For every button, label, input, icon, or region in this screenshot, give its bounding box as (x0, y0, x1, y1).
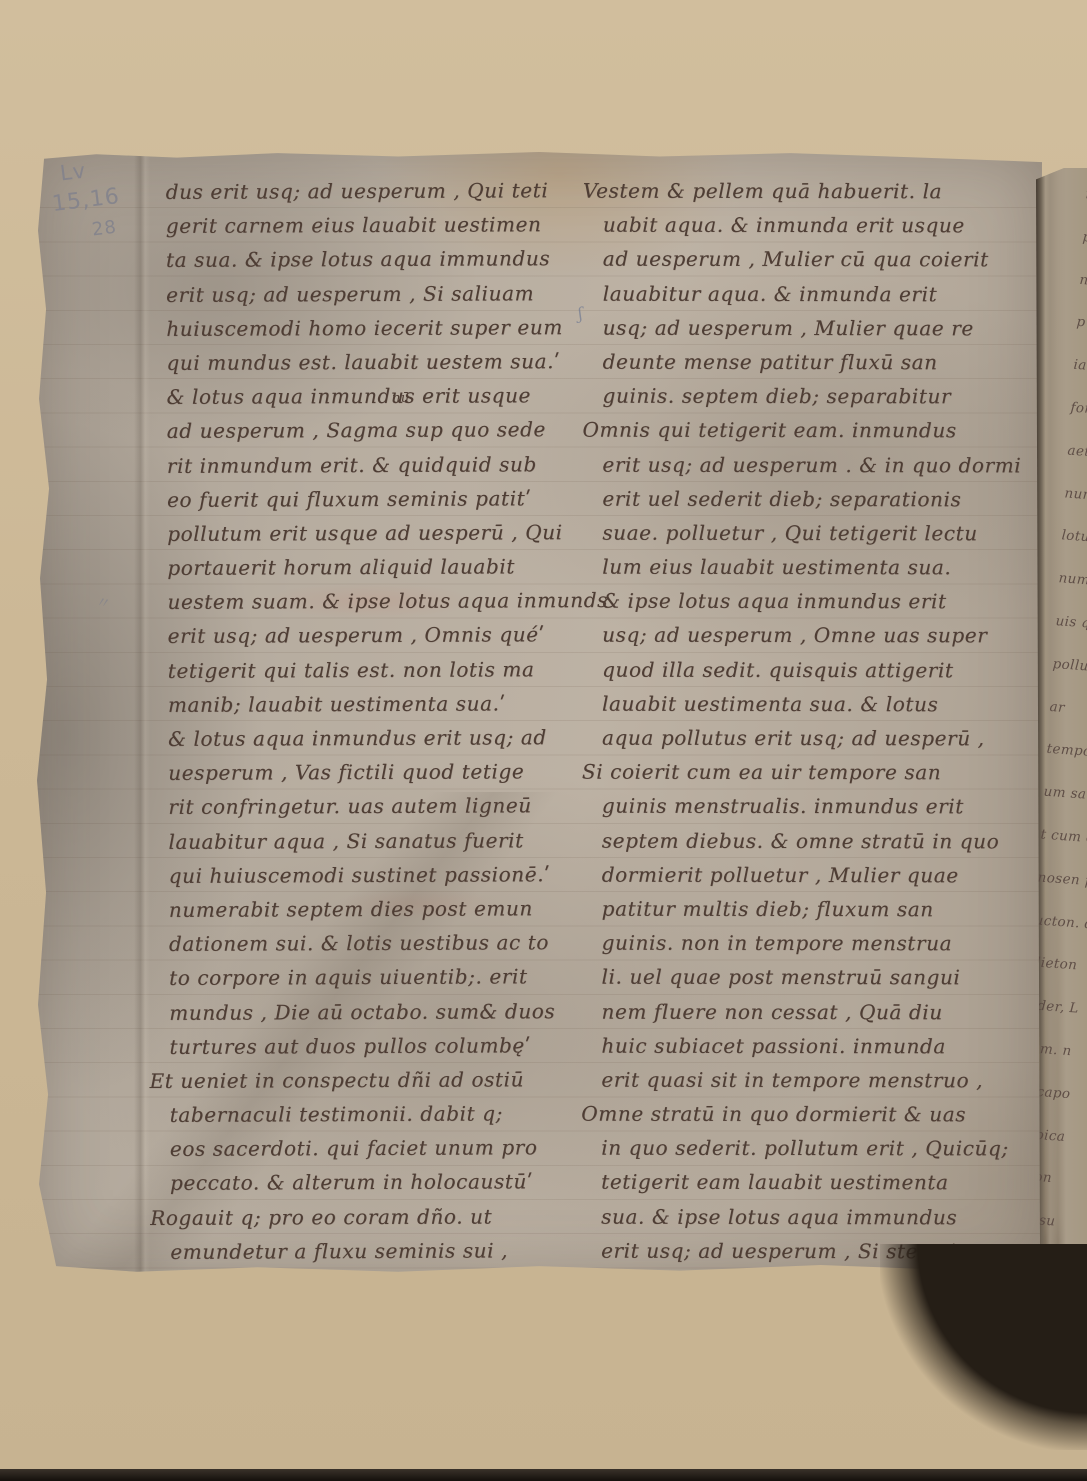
text-line: ad uesperum , Sagma sup quo sede (147, 412, 593, 448)
text-line: lauabit uestimenta sua. & lotus (582, 686, 1028, 721)
folio-edge-fragment: las su (1036, 1198, 1087, 1249)
folio-edge-fragment: onon (1036, 1155, 1087, 1206)
text-line: qui huiuscemodi sustinet passionē.ʹ (149, 857, 595, 893)
text-line: manib; lauabit uestimenta sua.ʹ (148, 686, 594, 722)
text-line: rit confringetur. uas autem ligneū (148, 788, 594, 824)
text-line: portauerit horum aliquid lauabit (147, 549, 593, 585)
text-line: uabit aqua. & inmunda erit usque (583, 208, 1029, 243)
text-line: gerit carnem eius lauabit uestimen (146, 207, 592, 243)
page-turn-shadow (880, 1244, 1087, 1450)
text-line: tabernaculi testimonii. dabit q; (150, 1096, 596, 1132)
text-line: erit usq; ad uesperum , Si saliuam (146, 276, 592, 312)
text-line: nem fluere non cessat , Quā diu (581, 994, 1027, 1029)
text-line: quod illa sedit. quisquis attigerit (582, 652, 1028, 687)
text-line: dormierit polluetur , Mulier quae (582, 857, 1028, 892)
table-edge-shadow (0, 1469, 1087, 1481)
text-line: aqua pollutus erit usq; ad uesperū , (582, 721, 1028, 756)
text-line: to corpore in aquis uiuentib;. erit (149, 959, 595, 995)
text-line: Si coierit cum ea uir tempore san (582, 755, 1028, 790)
text-line: erit uel sederit dieb; separationis (582, 481, 1028, 516)
pencil-note-reference: 15,16 (51, 184, 122, 217)
text-line: guinis. septem dieb; separabitur (583, 379, 1029, 414)
text-line: lauabitur aqua , Si sanatus fuerit (148, 823, 594, 859)
text-line: in quo sederit. pollutum erit , Quicūq; (581, 1131, 1027, 1166)
folio-edge-fragment: proica (1036, 1112, 1087, 1163)
text-line: septem diebus. & omne stratū in quo (582, 823, 1028, 858)
text-line: qui mundus est. lauabit uestem sua.ʹ (146, 344, 592, 380)
text-line: huic subiacet passioni. inmunda (581, 1028, 1027, 1063)
text-line: huiuscemodi homo iecerit super eum (146, 310, 592, 346)
text-line: turtures aut duos pullos columbęʹ (149, 1028, 595, 1064)
text-line: deunte mense patitur fluxū san (583, 345, 1029, 380)
text-line: erit quasi sit in tempore menstruo , (581, 1062, 1027, 1097)
text-line: eo fuerit qui fluxum seminis patitʹ (147, 481, 593, 517)
text-line: & ipse lotus aqua inmundus erit (582, 584, 1028, 619)
pencil-note-book: Lv (59, 158, 88, 185)
text-line: tetigerit qui talis est. non lotis ma (148, 652, 594, 688)
text-line: & lotus aqua inmundus erit usque (147, 378, 593, 414)
text-line: usq; ad uesperum , Mulier quae re (583, 310, 1029, 345)
text-line: erit usq; ad uesperum , Omnis quéʹ (148, 617, 594, 653)
text-line: guinis. non in tempore menstrua (582, 926, 1028, 961)
text-line: patitur multis dieb; fluxum san (582, 892, 1028, 927)
pencil-margin-tick: 〃 (94, 591, 114, 615)
text-line: dationem sui. & lotis uestibus ac to (149, 925, 595, 961)
manuscript-page: Lv 15,16 28 〃 ʃ dus erit usq; ad uesperu… (36, 152, 1042, 1274)
text-line: rit inmundum erit. & quidquid sub (147, 447, 593, 483)
text-line: Vestem & pellem quā habuerit. la (583, 174, 1029, 209)
column-right: Vestem & pellem quā habuerit. lauabit aq… (581, 174, 1029, 1269)
text-line: li. uel quae post menstruū sangui (582, 960, 1028, 995)
text-line: lum eius lauabit uestimenta sua. (582, 550, 1028, 585)
text-line: Rogauit q; pro eo coram dño. ut (150, 1199, 596, 1235)
text-line: sua. & ipse lotus aqua immundus (581, 1199, 1027, 1234)
text-line: Omne stratū in quo dormierit & uas (581, 1097, 1027, 1132)
text-line: numerabit septem dies post emun (149, 891, 595, 927)
text-line: eos sacerdoti. qui faciet unum pro (150, 1130, 596, 1166)
text-line: Omnis qui tetigerit eam. inmundus (582, 413, 1028, 448)
text-line: guinis menstrualis. inmundus erit (582, 789, 1028, 824)
photograph-backdrop: Lv 15,16 28 〃 ʃ dus erit usq; ad uesperu… (0, 0, 1087, 1481)
text-line: suae. polluetur , Qui tetigerit lectu (582, 515, 1028, 550)
column-left: dus erit usq; ad uesperum , Qui tetigeri… (146, 173, 597, 1269)
text-line: peccato. & alterum in holocaustūʹ (150, 1164, 596, 1200)
text-line: uesperum , Vas fictili quod tetige (148, 754, 594, 790)
text-line: & lotus aqua inmundus erit usq; ad (148, 720, 594, 756)
text-line: erit usq; ad uesperum . & in quo dormi (582, 447, 1028, 482)
text-line: lauabitur aqua. & inmunda erit (583, 276, 1029, 311)
text-line: emundetur a fluxu seminis sui , (150, 1233, 596, 1269)
folio-edge-text: raspullos colunacula tesp peccatoiam. Ro… (1036, 173, 1087, 1291)
text-line: pollutum erit usque ad uesperū , Qui (147, 515, 593, 551)
text-line: dus erit usq; ad uesperum , Qui teti (146, 173, 592, 209)
pencil-note-number: 28 (91, 217, 118, 241)
text-line: ta sua. & ipse lotus aqua immundus (146, 241, 592, 277)
text-line: ad uesperum , Mulier cū qua coierit (583, 242, 1029, 277)
text-line: uestem suam. & ipse lotus aqua inmunds (147, 583, 593, 619)
text-line: usq; ad uesperum , Omne uas super (582, 618, 1028, 653)
text-line: tetigerit eam lauabit uestimenta (581, 1165, 1027, 1200)
text-line: Et ueniet in conspectu dñi ad ostiū (149, 1062, 595, 1098)
text-line: mundus , Die aū octabo. sum& duos (149, 994, 595, 1030)
next-folio-edge: raspullos colunacula tesp peccatoiam. Ro… (1036, 168, 1087, 1306)
interlinear-correction: nū (392, 391, 410, 406)
